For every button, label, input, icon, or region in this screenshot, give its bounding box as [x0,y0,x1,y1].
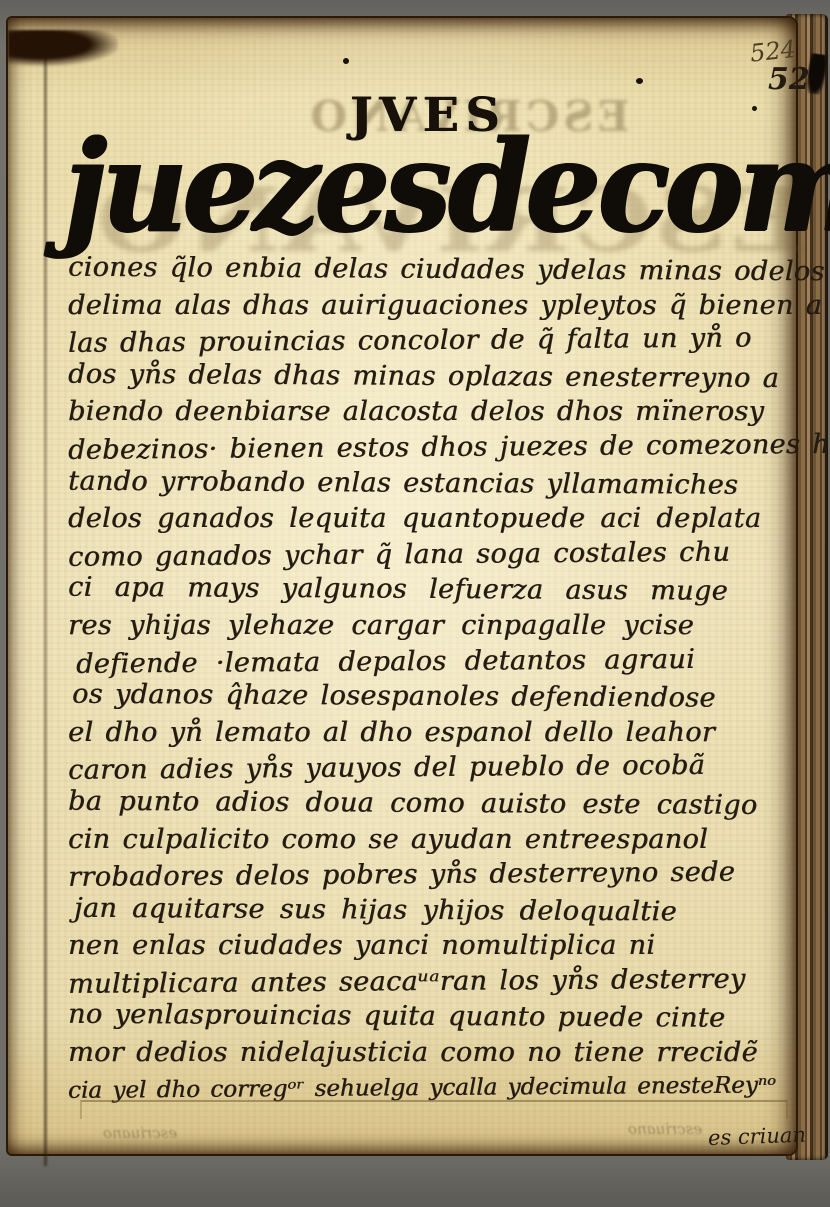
scan-background: 524 52 ESCRIVANO JVES ESCRIVANO juezes d… [0,0,830,1207]
bleedthrough-frame [80,1100,788,1119]
text-line: no yenlasprouincias quita quanto puede c… [68,997,810,1037]
text-line: cin culpalicito como se ayudan entreespa… [68,822,810,858]
bleedthrough-word-left: escriuano [103,1124,177,1142]
text-line: delima alas dhas auiriguaciones ypleytos… [68,288,810,324]
text-line: res yhijas ylehaze cargar cinpagalle yci… [68,608,810,644]
ink-speck [636,78,643,84]
manuscript-page: 524 52 ESCRIVANO JVES ESCRIVANO juezes d… [6,16,798,1156]
text-line: ciones q̃lo enbia delas ciudades ydelas … [68,250,810,290]
text-line: tando yrrobando enlas estancias yllamami… [68,463,810,503]
page-title: juezes de comi [64,118,824,266]
text-line: ci apa mays yalgunos lefuerza asus muge [68,570,810,610]
text-line: caron adies yn̊s yauyos del pueblo de oc… [68,747,810,788]
text-line: defiende ·lemata depalos detantos agraui [68,641,810,682]
text-line: las dhas prouincias concolor de q̃ falta… [68,320,810,361]
body-text: ciones q̃lo enbia delas ciudades ydelas … [68,252,810,1106]
text-line: delos ganados lequita quantopuede aci de… [68,501,810,537]
text-line: os ydanos q̂haze losespanoles defendiend… [68,677,810,717]
text-line: biendo deenbiarse alacosta delos dhos mï… [68,394,810,430]
text-line: jan aquitarse sus hijas yhijos deloqualt… [68,890,810,930]
text-line: mor dedios nidelajusticia como no tiene … [68,1035,810,1071]
text-line: nen enlas ciudades yanci nomultiplica ni [68,928,810,964]
text-line: multiplicara antes seacaᵘᵃran los yn̊s d… [68,961,810,1002]
text-line: el dho yn̊ lemato al dho espanol dello l… [68,715,810,751]
bleedthrough-word-right: escriuano [628,1120,702,1138]
catchword: es criuan [708,1122,829,1150]
text-line: debezinos· bienen estos dhos juezes de c… [68,427,810,468]
text-line: rrobadores delos pobres yn̊s desterreyno… [68,854,810,895]
text-line: ba punto adios doua como auisto este cas… [68,784,810,824]
text-line: como ganados ychar q̃ lana soga costales… [68,534,810,575]
text-line: dos yn̊s delas dhas minas oplazas eneste… [68,357,810,397]
ink-speck [752,106,757,111]
ink-speck [343,58,349,64]
corner-stain [8,30,118,66]
binding-gutter-line [44,38,47,1166]
